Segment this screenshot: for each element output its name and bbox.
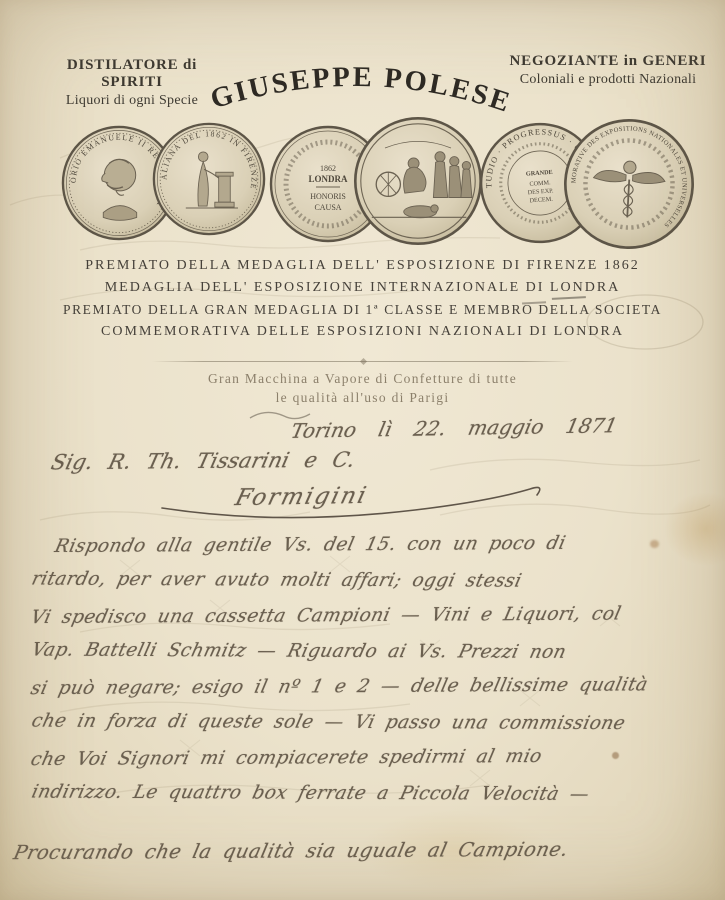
handwriting-line: che Voi Signori mi compiacerete spedirmi… [26,745,715,785]
handwritten-letter-body: Rispondo alla gentile Vs. del 15. con un… [30,534,710,875]
divider-rule [152,361,573,362]
handwritten-addressee-line2: Formigini [232,483,370,511]
company-title-text: GIUSEPPE POLESE [207,62,515,119]
header-left-line2: Liquori di ogni Specie [42,93,222,109]
svg-text:GIUSEPPE POLESE: GIUSEPPE POLESE [207,62,515,119]
medal-firenze-1862: ITALIANA DEL 1862 IN FIRENZE [151,121,267,237]
header-left-line1: DISTILATORE di SPIRITI [42,57,222,91]
medal3-line4: CAUSA [314,203,341,212]
medal3-line1: 1862 [320,164,336,173]
handwriting-line: che in forza di queste sole — Vi passo u… [26,710,714,748]
header-right-line2: Coloniali e prodotti Nazionali [508,72,708,88]
medal-expositions-nationales: STE COMMEMORATIVE DES EXPOSITIONS NATION… [559,114,700,255]
award-line-1: PREMIATO DELLA MEDAGLIA DELL' ESPOSIZION… [0,258,725,274]
header-right-block: NEGOZIANTE in GENERI Coloniali e prodott… [508,53,708,88]
header-left-block: DISTILATORE di SPIRITI Liquori di ogni S… [42,57,222,109]
handwritten-addressee-line1: Sig. R. Th. Tissarini e C. [49,448,358,475]
handwriting-line: indirizzo. Le quattro box ferrate a Picc… [26,781,714,819]
handwriting-line: Rispondo alla gentile Vs. del 15. con un… [50,532,715,572]
award-line-2: MEDAGLIA DELL' ESPOSIZIONE INTERNAZIONAL… [0,280,725,296]
letterhead-document: DISTILATORE di SPIRITI Liquori di ogni S… [0,0,725,900]
award-line-4: COMMEMORATIVA DELLE ESPOSIZIONI NAZIONAL… [0,324,725,340]
handwritten-date-line: Torino lì 22. maggio 1871 [289,413,620,443]
subtitle-line-1: Gran Macchina a Vapore di Confetture di … [0,371,725,387]
award-line-3: PREMIATO DELLA GRAN MEDAGLIA DI 1ª CLASS… [0,302,725,318]
handwriting-line: Procurando che la qualità sia uguale al … [9,837,715,877]
medal3-line3: HONORIS [310,192,346,201]
subtitle-line-2: le qualità all'uso di Parigi [0,390,725,406]
handwriting-line: ritardo, per aver avuto molti affari; og… [26,568,714,606]
medal3-line2: LONDRA [308,174,348,184]
handwriting-line: si può negare; esigo il nº 1 e 2 — delle… [26,674,715,714]
award-lines-block: PREMIATO DELLA MEDAGLIA DELL' ESPOSIZION… [0,258,725,346]
medal-allegorical-scene [352,115,484,247]
handwriting-line: Vap. Battelli Schmitz — Riguardo ai Vs. … [26,639,714,677]
handwriting-line: Vi spedisco una cassetta Campioni — Vini… [26,603,715,643]
header-right-line1: NEGOZIANTE in GENERI [508,53,708,70]
